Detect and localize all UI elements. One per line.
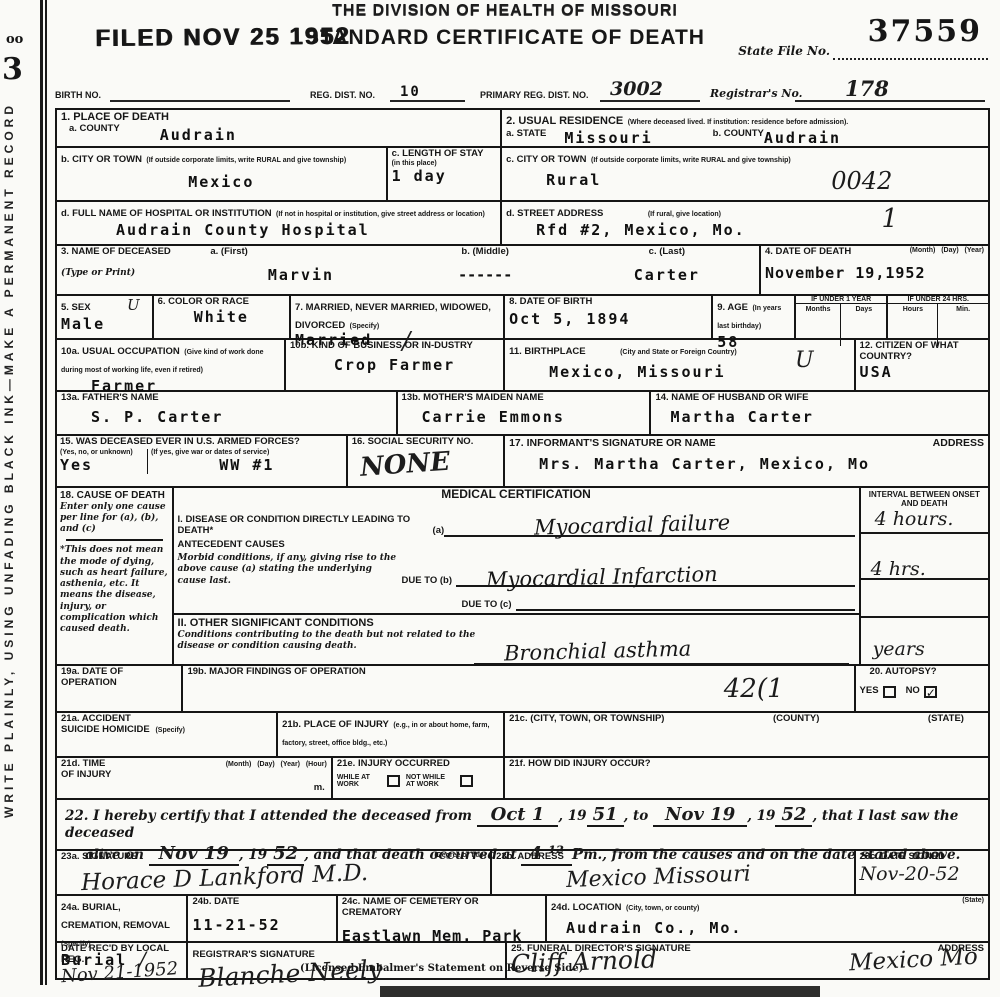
field-1c-length-of-stay: c. LENGTH OF STAY (in this place) 1 day <box>386 148 501 200</box>
interval-b-value: 4 hrs. <box>861 534 988 580</box>
state-file-number: 37559 <box>868 14 982 49</box>
field-4-value: November 19,1952 <box>765 264 984 282</box>
field-18-cause-of-death: 18. CAUSE OF DEATH Enter only one cause … <box>57 488 172 664</box>
field-15-armed-forces: 15. WAS DECEASED EVER IN U.S. ARMED FORC… <box>57 436 346 486</box>
certificate-body: THE DIVISION OF HEALTH OF MISSOURI FILED… <box>55 0 990 962</box>
field-15-fine1: (Yes, no, or unknown) <box>60 449 144 456</box>
field-13a-value: S. P. Carter <box>91 408 392 426</box>
field-3c-last: c. (Last) Carter <box>575 246 759 294</box>
field-24c-label: 24c. NAME OF CEMETERY OR CREMATORY <box>342 897 541 919</box>
margin-divider-rule <box>40 0 47 985</box>
field-3b-value: ------ <box>400 266 571 284</box>
medical-certification-title: MEDICAL CERTIFICATION <box>174 488 859 503</box>
field-7-label: 7. MARRIED, NEVER MARRIED, WIDOWED, DIVO… <box>295 302 491 331</box>
reg-dist-line <box>390 100 465 102</box>
field-1b-city: b. CITY OR TOWN (If outside corporate li… <box>57 148 386 200</box>
field-1b-value: Mexico <box>61 173 382 191</box>
field-13b-value: Carrie Emmons <box>422 408 646 426</box>
field-24c-cemetery: 24c. NAME OF CEMETERY OR CREMATORY Eastl… <box>336 896 545 941</box>
field-2c-city: c. CITY OR TOWN (If outside corporate li… <box>500 148 988 200</box>
due-c-line <box>516 609 855 611</box>
field-9-under1: IF UNDER 1 YEAR Months Days <box>794 296 887 338</box>
field-21e-opt2-label: NOT WHILE AT WORK <box>406 774 454 788</box>
field-22-certification: 22. I hereby certify that I attended the… <box>57 800 988 849</box>
due-c-label: DUE TO (c) <box>462 600 512 611</box>
margin-mark-oo: oo <box>6 32 23 47</box>
antecedent-title: ANTECEDENT CAUSES <box>174 537 859 551</box>
field-2d-handwritten: 1 <box>881 204 898 234</box>
field-23a-label: 23a. SIGNATURE <box>61 852 137 863</box>
state-file-line <box>833 58 988 60</box>
field-2a-label: a. STATE <box>506 129 546 147</box>
field-21e-label: 21e. INJURY OCCURRED <box>337 759 499 770</box>
field-2-title-fine: (Where deceased lived. If institution: r… <box>628 119 849 126</box>
field-21d-time-of-injury: 21d. TIME OF INJURY (Month) (Day) (Year)… <box>57 758 331 798</box>
field-1c-fine: (in this place) <box>392 160 497 167</box>
while-at-work-checkbox <box>387 775 400 787</box>
field-5-handwritten: U <box>127 296 140 314</box>
field-18-note1: Enter only one cause per line for (a), (… <box>60 502 169 536</box>
field-3a-label: a. (First) <box>210 247 391 258</box>
field-15-fine2: (If yes, give war or dates of service) <box>151 449 343 456</box>
field-2d-street: d. STREET ADDRESS (If rural, give locati… <box>500 202 988 244</box>
field-17-addr-label: ADDRESS <box>933 437 984 449</box>
margin-vertical-instruction: WRITE PLAINLY, USING UNFADING BLACK INK—… <box>2 80 24 840</box>
field-6-label: 6. COLOR OR RACE <box>158 297 285 308</box>
interval-other-value: years <box>861 618 988 662</box>
primary-reg-value: 3002 <box>610 78 663 100</box>
field-24a-burial: 24a. BURIAL, CREMATION, REMOVAL (Specify… <box>57 896 186 941</box>
field-9-under24: IF UNDER 24 HRS. Hours Min. <box>886 296 988 338</box>
field-18-note2: *This does not mean the mode of dying, s… <box>60 545 169 635</box>
field-2d-fine: (If rural, give location) <box>648 211 721 218</box>
certify-seg2: , 19 <box>558 808 586 824</box>
registrar-no-label: Registrar's No. <box>710 87 802 100</box>
field-21f-how: 21f. HOW DID INJURY OCCUR? <box>503 758 988 798</box>
death-certificate-scan: oo 3 WRITE PLAINLY, USING UNFADING BLACK… <box>0 0 1000 997</box>
field-13a-father: 13a. FATHER'S NAME S. P. Carter <box>57 392 396 434</box>
field-3-label: 3. NAME OF DECEASED <box>61 247 202 258</box>
registration-line: BIRTH NO. REG. DIST. NO. 10 PRIMARY REG.… <box>55 78 990 104</box>
field-23c-date-signed: 23c. DATE SIGNED Nov-20-52 <box>854 851 988 894</box>
field-8-label: 8. DATE OF BIRTH <box>509 297 707 308</box>
field-14-spouse: 14. NAME OF HUSBAND OR WIFE Martha Carte… <box>649 392 988 434</box>
field-24d-value: Audrain Co., Mo. <box>566 919 984 937</box>
field-19a-operation-date: 19a. DATE OF OPERATION <box>57 666 181 711</box>
field-21c-state-label: (STATE) <box>928 714 964 725</box>
field-19a-label: 19a. DATE OF OPERATION <box>61 667 177 689</box>
certify-seg4: , 19 <box>747 808 775 824</box>
field-10a-occupation: 10a. USUAL OCCUPATION (Give kind of work… <box>57 340 284 390</box>
field-8-value: Oct 5, 1894 <box>509 310 707 328</box>
field-3-name-of-deceased: 3. NAME OF DECEASED (Type or Print) <box>57 246 206 294</box>
field-7-marital: 7. MARRIED, NEVER MARRIED, WIDOWED, DIVO… <box>289 296 503 338</box>
field-19b-handwritten: 42(1 <box>724 674 784 704</box>
field-5-sex: 5. SEX U Male <box>57 296 152 338</box>
field-ii-note: Conditions contributing to the death but… <box>178 630 478 653</box>
field-24d-label: 24d. LOCATION <box>551 902 622 913</box>
field-13b-label: 13b. MOTHER'S MAIDEN NAME <box>402 393 646 404</box>
field-10b-business: 10b. KIND OF BUSINESS OR IN-DUSTRY Crop … <box>284 340 503 390</box>
field-24b-label: 24b. DATE <box>192 897 331 908</box>
certificate-header: THE DIVISION OF HEALTH OF MISSOURI FILED… <box>55 0 990 108</box>
field-ia-line: Myocardial failure <box>444 535 854 537</box>
autopsy-no-label: NO <box>906 686 920 697</box>
field-i-label: I. DISEASE OR CONDITION DIRECTLY LEADING… <box>178 515 433 537</box>
field-21c-label: 21c. (CITY, TOWN, OR TOWNSHIP) <box>509 714 664 725</box>
not-while-at-work-checkbox <box>460 775 473 787</box>
antecedent-note: Morbid conditions, if any, giving rise t… <box>178 553 398 587</box>
field-date-recd: DATE REC'D BY LOCAL REG. Nov 21-1952 <box>57 943 186 978</box>
certify-hw4: 52 <box>775 804 812 827</box>
field-24a-label: 24a. BURIAL, CREMATION, REMOVAL <box>61 902 170 931</box>
field-21d-cols: (Month) (Day) (Year) (Hour) <box>226 761 327 781</box>
field-4-cols: (Month) (Day) (Year) <box>910 247 984 258</box>
field-15-value: Yes <box>60 456 144 474</box>
field-3b-label: b. (Middle) <box>400 247 571 258</box>
field-16-value: NONE <box>359 443 500 483</box>
field-1a-value: Audrain <box>160 126 237 144</box>
field-8-date-of-birth: 8. DATE OF BIRTH Oct 5, 1894 <box>503 296 711 338</box>
field-10b-value: Crop Farmer <box>290 356 499 374</box>
field-ia-value: Myocardial failure <box>534 510 731 539</box>
field-6-value: White <box>158 308 285 326</box>
field-18-title: 18. CAUSE OF DEATH <box>60 490 169 502</box>
field-13b-mother: 13b. MOTHER'S MAIDEN NAME Carrie Emmons <box>396 392 650 434</box>
field-1c-label: c. LENGTH OF STAY <box>392 149 497 160</box>
embalmer-note: (Licensed Embalmer's Statement on Revers… <box>300 963 583 974</box>
field-9-under1-label: IF UNDER 1 YEAR <box>796 296 887 304</box>
reg-dist-value: 10 <box>400 84 421 100</box>
field-24d-state-label: (State) <box>962 897 984 915</box>
field-15-label: 15. WAS DECEASED EVER IN U.S. ARMED FORC… <box>57 436 346 449</box>
field-1-title: 1. PLACE OF DEATH <box>61 111 496 124</box>
field-23c-value: Nov-20-52 <box>860 863 984 885</box>
field-21a-fine: (Specify) <box>155 727 185 734</box>
field-23b-address: 23b. ADDRESS Mexico Missouri <box>490 851 853 894</box>
field-20-autopsy: 20. AUTOPSY? YES NO ✓ <box>854 666 988 711</box>
field-2c-handwritten: 0042 <box>831 167 892 195</box>
field-i-tag: (a) <box>433 526 445 537</box>
field-3-sub: (Type or Print) <box>61 268 202 278</box>
field-11-handwritten: U <box>795 348 814 373</box>
field-14-label: 14. NAME OF HUSBAND OR WIFE <box>655 393 984 404</box>
field-13a-label: 13a. FATHER'S NAME <box>61 393 392 404</box>
field-ii-title: II. OTHER SIGNIFICANT CONDITIONS <box>178 617 855 630</box>
field-24d-fine: (City, town, or county) <box>626 905 699 912</box>
field-9-label: 9. AGE <box>717 302 748 313</box>
field-2-usual-residence: 2. USUAL RESIDENCE (Where deceased lived… <box>500 110 988 146</box>
field-21a-accident: 21a. ACCIDENT SUICIDE HOMICIDE (Specify) <box>57 713 276 756</box>
field-25-addr-value: Mexico Mo <box>848 944 978 980</box>
field-23a-signature: 23a. SIGNATURE (Degree or title) Horace … <box>57 851 490 894</box>
field-2-title: 2. USUAL RESIDENCE <box>506 115 623 127</box>
field-6-race: 6. COLOR OR RACE White <box>152 296 289 338</box>
field-23c-label: 23c. DATE SIGNED <box>860 852 984 863</box>
field-11-label: 11. BIRTHPLACE <box>509 346 586 357</box>
field-5-label: 5. SEX <box>61 302 91 313</box>
due-b-line: Myocardial Infarction <box>456 585 855 587</box>
field-1d-value: Audrain County Hospital <box>116 221 496 239</box>
certificate-title: STANDARD CERTIFICATE OF DEATH <box>305 26 705 50</box>
field-12-label: 12. CITIZEN OF WHAT COUNTRY? <box>860 341 984 363</box>
scan-bottom-artifact <box>380 986 820 997</box>
field-21d-label: 21d. TIME OF INJURY <box>61 759 121 781</box>
reg-dist-label: REG. DIST. NO. <box>310 90 375 100</box>
autopsy-yes-checkbox <box>883 686 896 698</box>
certify-seg1: 22. I hereby certify that I attended the… <box>65 808 472 824</box>
field-1d-label: d. FULL NAME OF HOSPITAL OR INSTITUTION <box>61 208 272 219</box>
certify-hw2: 51 <box>587 804 624 827</box>
field-12-citizen: 12. CITIZEN OF WHAT COUNTRY? USA <box>854 340 988 390</box>
field-1c-value: 1 day <box>392 167 497 185</box>
interval-c-line <box>861 580 988 618</box>
field-11-fine: (City and State or Foreign Country) <box>620 349 737 356</box>
field-21c-city-township: 21c. (CITY, TOWN, OR TOWNSHIP) (COUNTY) … <box>503 713 988 756</box>
field-23b-value: Mexico Missouri <box>566 858 850 893</box>
field-7-fine: (Specify) <box>350 323 380 330</box>
field-24d-location: 24d. LOCATION (City, town, or county) (S… <box>545 896 988 941</box>
field-5-value: Male <box>61 315 148 333</box>
field-2b-value: Audrain <box>764 129 841 147</box>
primary-reg-label: PRIMARY REG. DIST. NO. <box>480 90 589 100</box>
field-21b-place-of-injury: 21b. PLACE OF INJURY (e.g., in or about … <box>276 713 503 756</box>
field-3c-label: c. (Last) <box>579 247 755 258</box>
field-1b-fine: (If outside corporate limits, write RURA… <box>146 157 346 164</box>
field-2d-label: d. STREET ADDRESS <box>506 208 603 219</box>
field-15-war-value: WW #1 <box>151 456 343 474</box>
field-9-age: 9. AGE (In years last birthday) 58 <box>711 296 794 338</box>
field-2c-label: c. CITY OR TOWN <box>506 154 586 165</box>
field-24b-value: 11-21-52 <box>192 916 331 934</box>
field-19b-findings: 19b. MAJOR FINDINGS OF OPERATION 42(1 <box>181 666 853 711</box>
interval-label: INTERVAL BETWEEN ONSET AND DEATH <box>861 488 988 508</box>
field-ii-line <box>474 663 849 665</box>
medical-certification-panel: MEDICAL CERTIFICATION I. DISEASE OR COND… <box>172 488 859 664</box>
field-21e-opt1-label: WHILE AT WORK <box>337 774 381 788</box>
autopsy-no-checkbox: ✓ <box>924 686 937 698</box>
field-3a-first: a. (First) Marvin <box>206 246 395 294</box>
field-18-divider <box>66 539 163 541</box>
primary-reg-line <box>600 100 700 102</box>
field-21b-label: 21b. PLACE OF INJURY <box>282 719 389 730</box>
due-b-label: DUE TO (b) <box>402 576 453 587</box>
field-10a-label: 10a. USUAL OCCUPATION <box>61 346 180 357</box>
field-1b-label: b. CITY OR TOWN <box>61 154 142 165</box>
field-14-value: Martha Carter <box>670 408 984 426</box>
registrar-no-value: 178 <box>845 76 889 101</box>
certificate-grid: 1. PLACE OF DEATH a. COUNTY Audrain 2. U… <box>55 108 990 980</box>
field-20-label: 20. AUTOPSY? <box>870 667 984 678</box>
field-21c-county-label: (COUNTY) <box>773 714 819 725</box>
field-17-value: Mrs. Martha Carter, Mexico, Mo <box>539 455 984 473</box>
autopsy-yes-label: YES <box>860 686 879 697</box>
field-21f-label: 21f. HOW DID INJURY OCCUR? <box>509 759 984 770</box>
field-3c-value: Carter <box>579 266 755 284</box>
field-17-label: 17. INFORMANT'S SIGNATURE OR NAME <box>509 437 715 449</box>
field-2a-value: Missouri <box>564 129 652 147</box>
field-4-label: 4. DATE OF DEATH <box>765 247 851 258</box>
field-1d-fine: (If not in hospital or institution, give… <box>276 211 485 218</box>
field-11-birthplace: 11. BIRTHPLACE (City and State or Foreig… <box>503 340 853 390</box>
field-17-informant: 17. INFORMANT'S SIGNATURE OR NAME ADDRES… <box>503 436 988 486</box>
field-21a-label: 21a. ACCIDENT SUICIDE HOMICIDE <box>61 714 151 736</box>
field-3b-middle: b. (Middle) ------ <box>396 246 575 294</box>
field-16-ssn: 16. SOCIAL SECURITY NO. NONE <box>346 436 503 486</box>
field-ii-value: Bronchial asthma <box>503 636 691 665</box>
interval-column: INTERVAL BETWEEN ONSET AND DEATH 4 hours… <box>859 488 988 664</box>
field-10b-label: 10b. KIND OF BUSINESS OR IN-DUSTRY <box>290 341 499 352</box>
certify-hw1: Oct 1 <box>477 804 559 827</box>
field-2c-value: Rural <box>546 171 601 195</box>
field-2d-value: Rfd #2, Mexico, Mo. <box>536 221 984 239</box>
field-12-value: USA <box>860 363 984 381</box>
state-file-label: State File No. <box>738 44 830 58</box>
birth-no-label: BIRTH NO. <box>55 90 101 100</box>
field-1d-hospital: d. FULL NAME OF HOSPITAL OR INSTITUTION … <box>57 202 500 244</box>
certify-hw3: Nov 19 <box>653 804 747 827</box>
field-2c-fine: (If outside corporate limits, write RURA… <box>591 157 791 164</box>
field-9-under24-label: IF UNDER 24 HRS. <box>888 296 988 304</box>
birth-no-line <box>110 100 290 102</box>
field-3a-value: Marvin <box>210 266 391 284</box>
registrar-no-line <box>795 100 985 102</box>
field-2b-label: b. COUNTY <box>713 129 764 147</box>
interval-a-value: 4 hours. <box>861 508 988 534</box>
field-24b-date: 24b. DATE 11-21-52 <box>186 896 335 941</box>
field-21e-injury-occurred: 21e. INJURY OCCURRED WHILE AT WORK NOT W… <box>331 758 503 798</box>
division-title: THE DIVISION OF HEALTH OF MISSOURI <box>265 2 745 20</box>
certify-seg3: , to <box>624 808 649 824</box>
field-4-date-of-death: 4. DATE OF DEATH (Month) (Day) (Year) No… <box>759 246 988 294</box>
field-21d-meridiem: m. <box>314 783 325 794</box>
field-1a-label: a. COUNTY <box>69 124 120 144</box>
field-1-place-of-death: 1. PLACE OF DEATH a. COUNTY Audrain <box>57 110 500 146</box>
